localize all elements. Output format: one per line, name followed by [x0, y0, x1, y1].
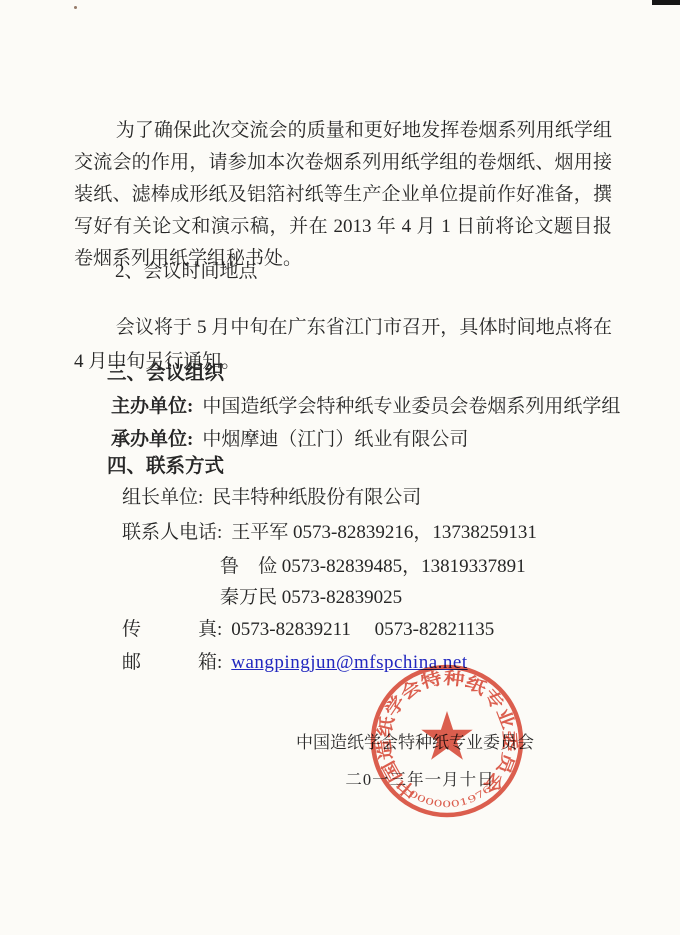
contact-phone-row-2: 鲁 俭 0573-82839485，13819337891 [74, 551, 640, 583]
contact-phone-label: 联系人电话: [122, 522, 222, 543]
fax-value: 0573-82839211 0573-82821135 [231, 619, 494, 640]
undertaker-unit-value: 中烟摩迪（江门）纸业有限公司 [202, 429, 468, 450]
fax-row: 传 真:0573-82839211 0573-82821135 [74, 614, 640, 646]
scanned-document-page: 为了确保此次交流会的质量和更好地发挥卷烟系列用纸学组交流会的作用，请参加本次卷烟… [0, 0, 680, 935]
undertaker-unit-label: 承办单位: [111, 429, 193, 450]
host-unit-row: 主办单位:中国造纸学会特种纸专业委员会卷烟系列用纸学组 [74, 391, 640, 423]
email-row: 邮 箱:wangpingjun@mfspchina.net [74, 647, 640, 679]
fax-label: 传 真: [122, 619, 222, 640]
leader-unit-value: 民丰特种纸股份有限公司 [212, 487, 421, 508]
host-unit-label: 主办单位: [111, 396, 193, 417]
paragraph-preparation: 为了确保此次交流会的质量和更好地发挥卷烟系列用纸学组交流会的作用，请参加本次卷烟… [74, 115, 612, 275]
item2-heading: 2、会议时间地点 [74, 256, 640, 288]
scan-speck-artifact [74, 6, 77, 9]
official-red-seal: 中国造纸学会特种纸专业委员会 1100000019763 [365, 659, 529, 823]
contact-phone-row-3: 秦万民 0573-82839025 [74, 582, 640, 614]
section4-heading: 四、联系方式 [74, 451, 640, 483]
host-unit-value: 中国造纸学会特种纸专业委员会卷烟系列用纸学组 [202, 396, 620, 417]
email-label: 邮 箱: [122, 652, 222, 673]
contact-phone-row-1: 联系人电话:王平军 0573-82839216，13738259131 [74, 517, 640, 549]
seal-star-icon [421, 711, 472, 760]
scan-edge-artifact [652, 0, 680, 5]
leader-unit-row: 组长单位:民丰特种纸股份有限公司 [74, 482, 640, 514]
leader-unit-label: 组长单位: [122, 487, 203, 508]
section3-heading: 三、会议组织 [74, 358, 640, 390]
contact-phone-2: 鲁 俭 0573-82839485，13819337891 [220, 556, 526, 577]
contact-phone-3: 秦万民 0573-82839025 [220, 587, 402, 608]
contact-phone-1: 王平军 0573-82839216，13738259131 [231, 522, 537, 543]
